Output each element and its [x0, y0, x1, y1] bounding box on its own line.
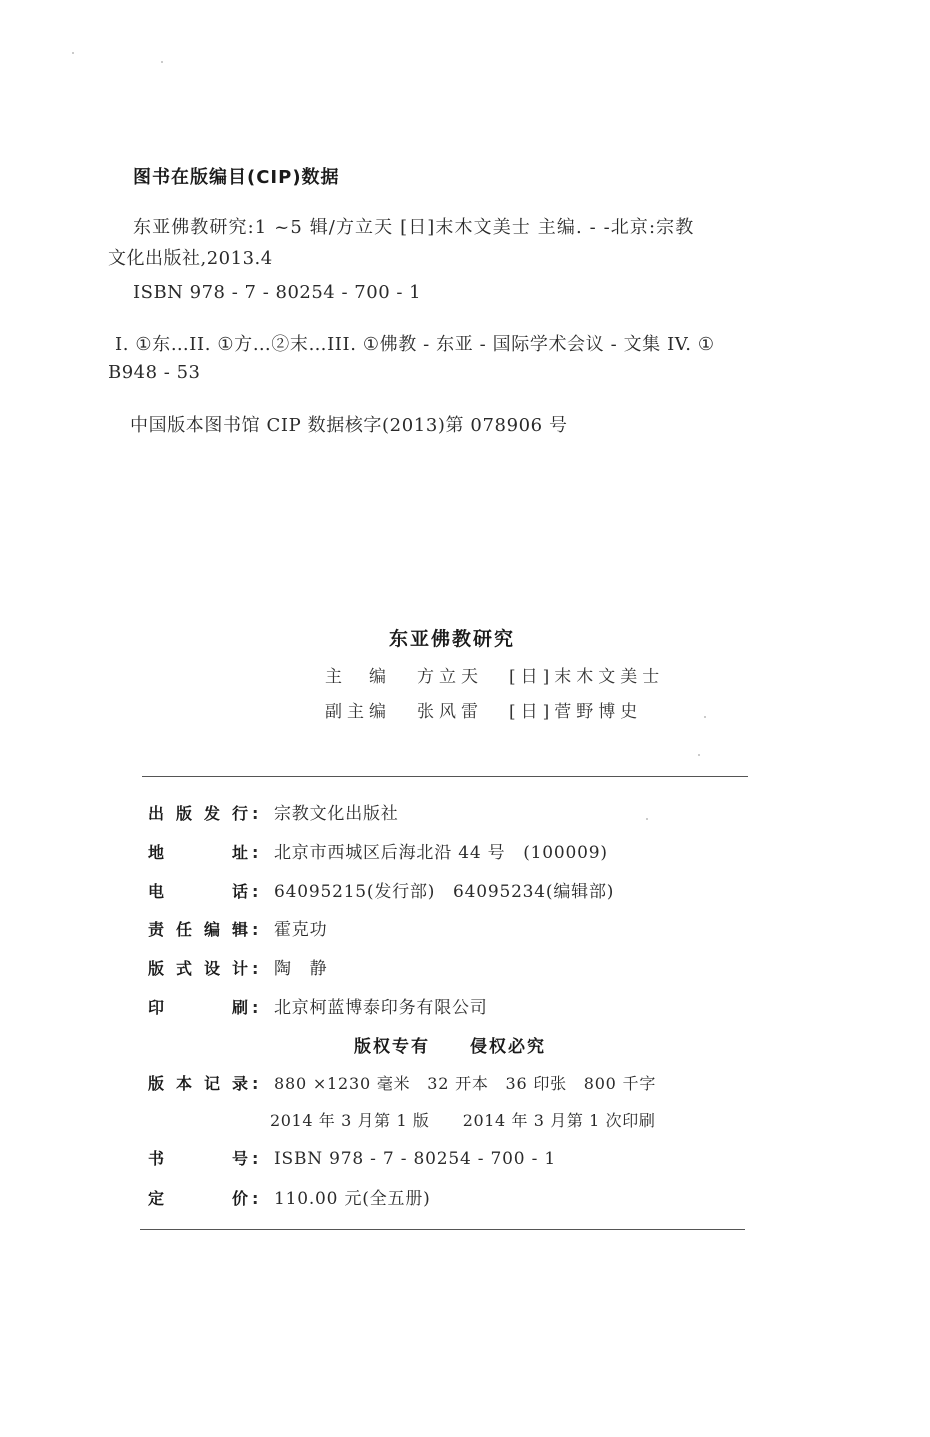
editor-name: 方立天 [417, 662, 509, 687]
copyright-right: 侵权必究 [470, 1037, 546, 1057]
scan-speck [161, 61, 163, 63]
colophon-value: 宗教文化出版社 [274, 799, 399, 824]
book-title: 东亚佛教研究 [389, 624, 515, 651]
scan-speck [72, 52, 74, 54]
colophon-label: 版本记录 [148, 1071, 248, 1094]
colon: : [248, 920, 274, 939]
editor-name-2: [日]末木文美士 [509, 667, 664, 687]
colon: : [248, 882, 274, 901]
colophon-value: 64095215(发行部) 64095234(编辑部) [274, 877, 614, 902]
scan-speck [698, 754, 700, 756]
colon: : [248, 843, 274, 862]
divider-top [142, 776, 748, 777]
editor-name: 张风雷 [417, 697, 509, 722]
colophon-phone: 电话 : 64095215(发行部) 64095234(编辑部) [148, 877, 614, 902]
scan-speck [646, 818, 648, 820]
cip-number: 中国版本图书馆 CIP 数据核字(2013)第 078906 号 [130, 411, 568, 437]
colon: : [248, 1189, 274, 1208]
copyright-left: 版权专有 [354, 1037, 430, 1057]
colon: : [248, 959, 274, 978]
chief-editor-row: 主 编方立天[日]末木文美士 [325, 662, 664, 687]
colon: : [248, 1149, 274, 1168]
colophon-label: 版式设计 [148, 956, 248, 979]
editor-role: 主 编 [325, 662, 417, 687]
colophon-label: 电话 [148, 879, 248, 902]
colophon-label: 印刷 [148, 995, 248, 1018]
colophon-value: 880 ×1230 毫米 32 开本 36 印张 800 千字 [274, 1071, 656, 1094]
cip-classification-line-1: I. ①东…II. ①方…②末…III. ①佛教 - 东亚 - 国际学术会议 -… [115, 330, 715, 356]
colophon-value: ISBN 978 - 7 - 80254 - 700 - 1 [274, 1149, 556, 1169]
divider-bottom [140, 1229, 745, 1230]
editor-name-2: [日]菅野博史 [509, 702, 642, 722]
colophon-value: 霍克功 [274, 915, 327, 940]
editor-role: 副主编 [325, 697, 417, 722]
colon: : [248, 1074, 274, 1093]
colophon-printer: 印刷 : 北京柯蓝博泰印务有限公司 [148, 993, 488, 1018]
colophon-book-number: 书号 : ISBN 978 - 7 - 80254 - 700 - 1 [148, 1146, 556, 1169]
colophon-label: 责任编辑 [148, 917, 248, 940]
scan-speck [704, 716, 706, 718]
colophon-label: 书号 [148, 1146, 248, 1169]
colophon-value: 陶 静 [274, 954, 327, 979]
cip-record-line-2: 文化出版社,2013.4 [108, 244, 273, 270]
colophon-price: 定价 : 110.00 元(全五册) [148, 1184, 431, 1209]
colophon-edition-line-2: 2014 年 3 月第 1 版 2014 年 3 月第 1 次印刷 [270, 1108, 655, 1131]
colophon-label: 地址 [148, 840, 248, 863]
colon: : [248, 804, 274, 823]
colophon-responsible-editor: 责任编辑 : 霍克功 [148, 915, 327, 940]
cip-classification-line-2: B948 - 53 [108, 362, 201, 383]
cip-record-line-1: 东亚佛教研究:1 ~5 辑/方立天 [日]末木文美士 主编. - -北京:宗教 [133, 213, 694, 239]
colophon-label: 定价 [148, 1186, 248, 1209]
colophon-publisher: 出版发行 : 宗教文化出版社 [148, 799, 399, 824]
deputy-editor-row: 副主编张风雷[日]菅野博史 [325, 697, 642, 722]
colophon-edition-record: 版本记录 : 880 ×1230 毫米 32 开本 36 印张 800 千字 [148, 1071, 656, 1094]
colophon-value: 北京市西城区后海北沿 44 号 (100009) [274, 838, 608, 863]
cip-heading: 图书在版编目(CIP)数据 [133, 163, 340, 189]
colophon-value: 北京柯蓝博泰印务有限公司 [274, 993, 488, 1018]
colon: : [248, 998, 274, 1017]
colophon-label: 出版发行 [148, 801, 248, 824]
colophon-layout-design: 版式设计 : 陶 静 [148, 954, 327, 979]
copyright-notice: 版权专有侵权必究 [354, 1032, 546, 1057]
colophon-address: 地址 : 北京市西城区后海北沿 44 号 (100009) [148, 838, 608, 863]
colophon-value: 110.00 元(全五册) [274, 1184, 431, 1209]
cip-isbn: ISBN 978 - 7 - 80254 - 700 - 1 [133, 282, 421, 303]
